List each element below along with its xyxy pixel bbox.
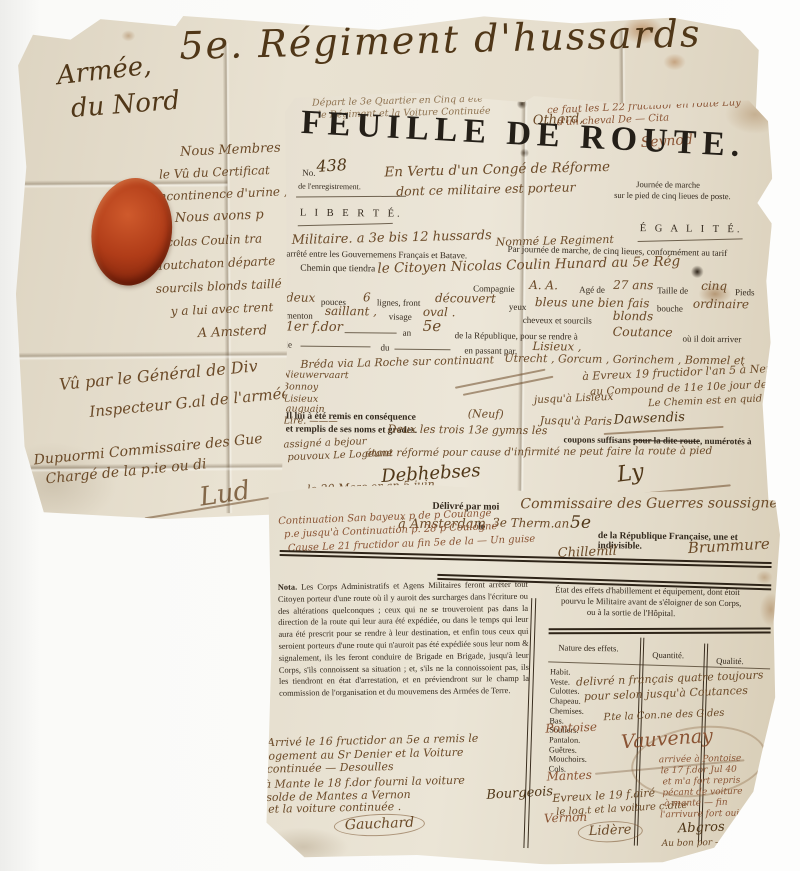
signature-abgros: Abgros: [678, 820, 725, 837]
hw-vertu-line2: dont ce militaire est porteur: [396, 179, 576, 198]
hw-sig-left2: pouvoux Le Logeune: [287, 448, 393, 463]
armee-du-nord-line2: du Nord: [70, 86, 181, 124]
egalite-label: É G A L I T É.: [640, 223, 743, 235]
rule: [300, 346, 370, 348]
journee-line2: sur le pied de cinq lieues de poste.: [614, 190, 731, 201]
hw-compagnie: A. A.: [529, 278, 558, 292]
hw-arrive-line: continuée — Desoulles: [267, 760, 394, 776]
doit-arriver-label: où il doit arriver: [683, 334, 742, 345]
hw-front: découvert: [435, 291, 496, 306]
column-header-nature: Nature des effets.: [558, 643, 618, 654]
signature-gauchard: Gauchard: [334, 812, 426, 837]
hw-note-line: et m'a fort repris: [662, 776, 740, 788]
armee-du-nord-line1: Armée,: [55, 51, 153, 91]
hw-an: 5e: [423, 317, 442, 335]
chemin-label: Chemin que tiendra: [300, 264, 375, 275]
hw-dawsendis: Dawsendis: [613, 410, 685, 428]
no-label: No.: [302, 168, 315, 178]
hw-cheveux: blonds: [613, 309, 653, 323]
hw-note-line: à mante — fin: [664, 798, 728, 809]
taille-label: Taille de: [657, 285, 688, 295]
hw-deux-trois: Deux les trois 13e gymns les: [388, 423, 548, 438]
coupons-text-a: coupons suffisans: [563, 434, 630, 445]
center-fold-line: [517, 94, 528, 504]
hw-right-line: Le Chemin est en quid: [648, 393, 763, 409]
signature-brummure: Brummure: [687, 535, 770, 558]
signature-bourgeois: Bourgeois: [486, 784, 553, 803]
hw-note-line: pécant de voiture: [662, 787, 742, 799]
hw-delivre: Commissaire des Guerres soussigné: [520, 495, 777, 512]
hw-line: A Amsterd: [197, 322, 293, 341]
hw-line: le Vû du Certificat: [159, 162, 287, 181]
hw-line: sourcils blonds taillé: [156, 276, 292, 296]
item-guetres: Guêtres.: [549, 745, 587, 755]
certificate-document: Délivré par moi Commissaire des Guerres …: [263, 482, 780, 867]
feuille-de-route-document: Départ le 3e Quartier en Cinq a été le R…: [281, 91, 773, 506]
item-pantalon: Pantalon.: [549, 735, 587, 745]
bouche-label: bouche: [657, 303, 683, 313]
column-header-quantite: Quantité.: [652, 650, 684, 660]
hw-note-line: arrivée à Pontoise: [659, 754, 742, 766]
item-chemises: Chemises.: [549, 706, 587, 716]
hw-destination: Coutance: [613, 324, 673, 340]
enregistrement-label: de l'enregistrement.: [298, 182, 361, 192]
hw-aubon: Au bon por —: [662, 838, 725, 849]
yeux-label: yeux: [509, 302, 527, 312]
hw-six: 6: [363, 290, 371, 304]
hw-line: Nous avons p: [175, 206, 289, 226]
hw-pontoise: Pontoise: [545, 720, 597, 736]
rule: [296, 196, 406, 198]
hw-table-entry3: P.te la Con.ne des G.des: [603, 708, 724, 724]
regiment-title: 5e. Régiment d'hussards: [170, 11, 711, 68]
cheveux-label: cheveux et sourcils: [523, 315, 592, 326]
hw-age: 27 ans: [613, 278, 653, 292]
lignes-front-label: lignes, front: [377, 297, 421, 307]
remis-label: Il lui à été remis en conséquence: [286, 411, 416, 422]
hw-margin-line: Nieuwervaart: [282, 369, 349, 381]
hw-line: Incontinence d'urine ,: [154, 184, 288, 204]
hw-margin-line: Bréda via La Roche sur continuant: [300, 353, 494, 371]
du-label: du: [380, 342, 389, 352]
rule: [394, 349, 450, 351]
liberte-label: L I B E R T É.: [300, 208, 403, 220]
column-header-qualite: Qualité.: [716, 656, 744, 666]
hw-an: 5e: [570, 513, 591, 533]
pieds-label: Pieds: [735, 287, 755, 297]
hw-vertu-line1: En Vertu d'un Congé de Réforme: [384, 159, 610, 181]
hw-line: Moutchaton départe: [151, 253, 291, 273]
etat-line3: ou à la sortie de l'Hôpital.: [587, 607, 676, 618]
item-chapeau: Chapeau.: [550, 696, 588, 706]
page-divider-line-b: [527, 598, 536, 848]
signature-flourish-right: Ly: [616, 459, 646, 487]
hw-date: 3e Therm.an: [492, 516, 569, 531]
hw-right-line: jusqu'à Lisieux: [534, 391, 614, 406]
hw-menton: saillant ,: [325, 304, 377, 319]
nota-text: Les Corps Administratifs et Agens Milita…: [278, 580, 529, 698]
hw-line: y a lui avec trent: [170, 299, 292, 318]
registration-number: 438: [316, 155, 348, 176]
vu-general-line2: Inspecteur G.al de l'armée: [89, 384, 291, 421]
hw-reforme: étant réformé pour cause d'infirmité ne …: [365, 445, 712, 459]
table-top-rule-a: [549, 628, 771, 630]
rule: [638, 238, 743, 242]
hw-line: Nous Membres: [180, 140, 286, 159]
hw-mantes: Mantes: [546, 768, 592, 784]
hw-deux: deux: [286, 290, 315, 304]
item-mouchoirs: Mouchoirs.: [549, 755, 587, 765]
an-label: an: [403, 328, 412, 338]
age-label: Agé de: [579, 285, 605, 295]
rule: [298, 223, 393, 226]
signature-chillemil: Chillemil: [557, 544, 617, 561]
visage-label: visage: [389, 312, 412, 322]
flourish-stroke: [463, 376, 553, 396]
hw-militaire: Militaire. a 3e bis 12 hussards: [291, 228, 491, 248]
nota-label: Nota.: [278, 583, 297, 592]
hw-jusqua: Jusqu'à Paris: [540, 414, 612, 428]
journee-line1: Journée de marche: [636, 179, 700, 190]
rule: [345, 332, 397, 334]
table-top-rule-b: [549, 632, 771, 634]
hw-date: 1er f.dor: [286, 319, 343, 335]
hw-line: Nicolas Coulin tra: [152, 230, 290, 250]
hw-note-line: le 17 f.dor Jul 40: [661, 765, 737, 777]
hw-note-line: l'arrivure fort oui: [660, 809, 739, 821]
nota-paragraph: Nota. Les Corps Administratifs et Agens …: [278, 579, 529, 700]
hw-taille: cinq: [701, 279, 727, 293]
hw-yeux: bleus une bien fais: [535, 295, 650, 310]
hw-bouche: ordinaire: [693, 297, 749, 312]
hw-margin-line: Bonnoy: [282, 381, 318, 392]
hw-neuf: (Neuf): [468, 407, 504, 420]
